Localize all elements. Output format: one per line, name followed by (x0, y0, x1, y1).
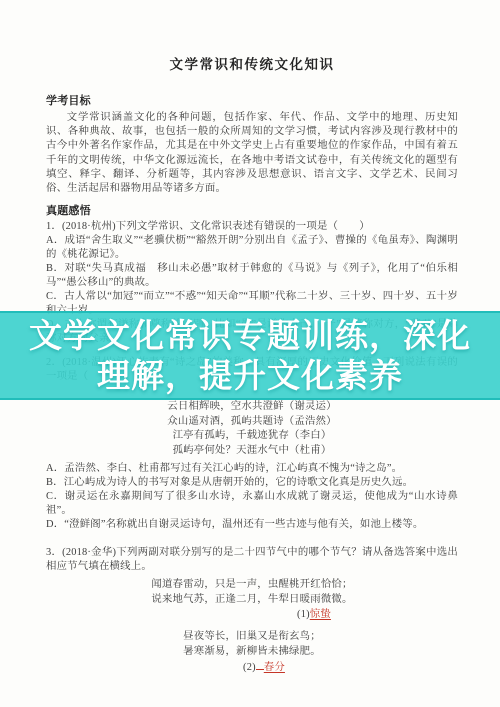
answer-2-value: 春分 (264, 662, 285, 673)
banner-text-line-2: 理解，提升文化素养 (0, 356, 500, 396)
question-3-couplet-2: 昼夜等长，旧巢又是衔玄鸟； 暑寒渐易，新柳皆未拂绿肥。 (46, 630, 458, 659)
section-zhenti-heading: 真题感悟 (46, 204, 458, 218)
question-1-stem: 1．(2018·杭州)下列文学常识、文化常识表述有错误的一项是（ ） (46, 220, 458, 234)
promo-banner: 文学文化常识专题训练，深化 理解，提升文化素养 (0, 311, 500, 400)
poem-line-meng-haoran: 众山遥对酒，孤屿共题诗（孟浩然） (46, 415, 458, 430)
goal-paragraph: 文学常识涵盖文化的各种问题，包括作家、年代、作品、文学中的地理、历史知识、各种典… (46, 111, 458, 196)
question-3-couplet-1: 闻道春雷动，只是一声，虫醒桃开红恰恰； 说来地气苏，正逢二月，牛犁日暖雨微微。 (46, 578, 458, 607)
question-2-option-c: C．谢灵运在永嘉期间写了很多山水诗，永嘉山水成就了谢灵运，使他成为“山水诗鼻祖”… (46, 490, 458, 518)
question-2-options: A．孟浩然、李白、杜甫都写过有关江心屿的诗，江心屿真不愧为“诗之岛”。 B．江心… (46, 462, 458, 532)
section-goal-heading: 学考目标 (46, 94, 458, 108)
page-title: 文学常识和传统文化知识 (46, 56, 458, 74)
question-3: 3．(2018·金华)下列两副对联分别写的是二十四节气中的哪个节气？请从备选答案… (46, 546, 458, 675)
question-2-poem: 云日相辉映，空水共澄鲜（谢灵运） 众山遥对酒，孤屿共题诗（孟浩然） 江亭有孤屿，… (46, 400, 458, 458)
question-2-option-d: D．“澄鲜阁”名称就出自谢灵运诗句，温州还有一些古迹与他有关，如池上楼等。 (46, 518, 458, 532)
couplet-1-line-2: 说来地气苏，正逢二月，牛犁日暖雨微微。 (46, 593, 458, 608)
answer-2-blank-line (256, 659, 264, 670)
poem-line-du-fu: 孤屿亭何处？天涯水气中（杜甫） (46, 444, 458, 459)
document-page: 文学常识和传统文化知识 学考目标 文学常识涵盖文化的各种问题，包括作家、年代、作… (0, 0, 500, 707)
answer-2-label: (2) (243, 662, 256, 673)
question-2-option-b: B．江心屿成为诗人的书写对象是从唐朝开始的，它的诗歌文化真是历史久远。 (46, 476, 458, 490)
couplet-2-line-1: 昼夜等长，旧巢又是衔玄鸟； (46, 630, 458, 645)
question-1-option-a: A．成语“舍生取义”“老骥伏枥”“豁然开朗”分别出自《孟子》、曹操的《龟虽寿》、… (46, 234, 458, 262)
couplet-1-line-1: 闻道春雷动，只是一声，虫醒桃开红恰恰； (46, 578, 458, 593)
question-2-option-a: A．孟浩然、李白、杜甫都写过有关江心屿的诗，江心屿真不愧为“诗之岛”。 (46, 462, 458, 476)
question-3-stem: 3．(2018·金华)下列两副对联分别写的是二十四节气中的哪个节气？请从备选答案… (46, 546, 458, 574)
answer-1-value: 惊蛰 (310, 609, 331, 620)
answer-1-label: (1) (297, 609, 310, 620)
couplet-2-line-2: 暑寒渐易，新柳皆未拂绿肥。 (46, 645, 458, 660)
question-3-answer-2: (2)春分 (58, 659, 470, 675)
poem-line-li-bai: 江亭有孤屿，千载迹犹存（李白） (46, 429, 458, 444)
question-3-answer-1: (1)惊蛰 (108, 607, 500, 622)
banner-text-line-1: 文学文化常识专题训练，深化 (0, 316, 500, 356)
poem-line-xieling-yun: 云日相辉映，空水共澄鲜（谢灵运） (46, 400, 458, 415)
question-1-option-b: B．对联“失马真成福 移山未必愚”取材于韩愈的《马说》与《列子》，化用了“伯乐相… (46, 262, 458, 290)
